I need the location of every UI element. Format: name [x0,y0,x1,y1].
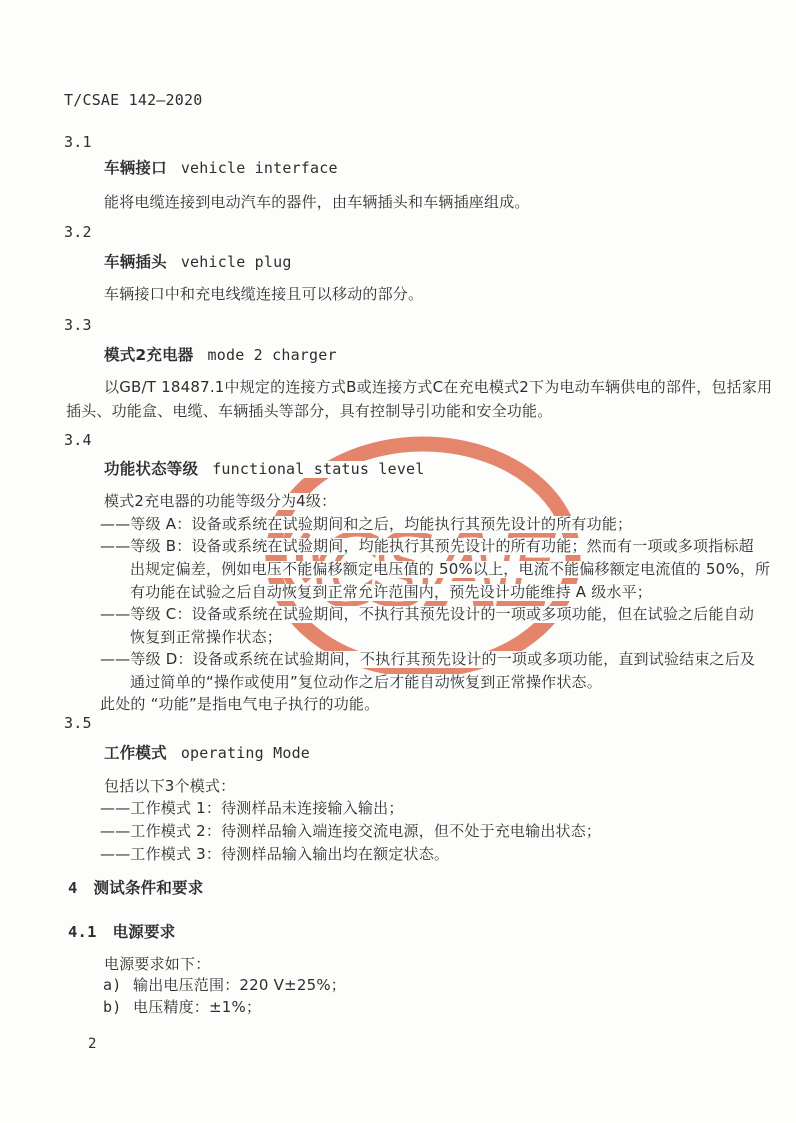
level-c-line2: 恢复到正常操作状态； [130,629,282,646]
definition-3-3-line2: 插头、功能盒、电缆、车辆插头等部分，具有控制导引功能和安全功能。 [66,403,552,420]
definition-3-3-line1: 以GB/T 18487.1中规定的连接方式B或连接方式C在充电模式2下为电动车辆… [104,379,772,396]
section-4-title: 测试条件和要求 [94,879,204,897]
term-3-1: 车辆接口vehicle interface [104,160,338,177]
requirement-a-line: a)输出电压范围：220 V±25%； [103,977,346,994]
mode-1-line: ——工作模式 1：待测样品未连接输入输出； [100,800,404,817]
section-3-4-number: 3.4 [64,432,92,449]
levels-intro: 模式2充电器的功能等级分为4级： [104,493,336,510]
mode-3-line: ——工作模式 3：待测样品输入输出均在额定状态。 [100,846,449,863]
term-3-5-cn: 工作模式 [104,744,167,762]
section-3-3-number: 3.3 [64,317,92,334]
requirement-b-text: 电压精度：±1%； [133,998,261,1016]
requirement-a-text: 输出电压范围：220 V±25%； [133,976,346,994]
function-note: 此处的 “功能”是指电气电子执行的功能。 [100,696,379,713]
section-4-1-number: 4.1 [68,923,97,941]
level-b-line3: 有功能在试验之后自动恢复到正常允许范围内，预先设计功能维持 A 级水平； [130,584,652,601]
requirement-b-line: b)电压精度：±1%； [103,999,261,1016]
doc-header: T/CSAE 142—2020 [64,92,202,109]
term-3-5: 工作模式operating Mode [104,745,310,762]
section-4-heading: 4测试条件和要求 [68,880,203,897]
section-4-1-heading: 4.1电源要求 [68,924,175,941]
term-3-3: 模式2充电器mode 2 charger [104,347,337,364]
level-c-line1: ——等级 C：设备或系统在试验期间，不执行其预先设计的一项或多项功能，但在试验之… [100,606,754,623]
term-3-3-cn: 模式2充电器 [104,346,194,364]
term-3-2-en: vehicle plug [181,253,292,271]
level-a-line: ——等级 A：设备或系统在试验期间和之后，均能执行其预先设计的所有功能； [100,516,632,533]
term-3-4-en: functional status level [212,460,424,478]
definition-3-2: 车辆接口中和充电线缆连接且可以移动的部分。 [104,286,423,303]
page-number: 2 [88,1036,97,1053]
section-3-2-number: 3.2 [64,224,92,241]
term-3-1-cn: 车辆接口 [104,159,167,177]
section-4-number: 4 [68,879,78,897]
mode-2-line: ——工作模式 2：待测样品输入端连接交流电源，但不处于充电输出状态； [100,823,601,840]
requirement-a-label: a) [103,977,133,994]
term-3-1-en: vehicle interface [181,159,338,177]
level-d-line1: ——等级 D：设备或系统在试验期间，不执行其预先设计的一项或多项功能，直到试验结… [100,651,755,668]
document-page: CSAE T/CSAE 142—2020 3.1 车辆接口vehicle int… [0,0,796,1123]
section-3-5-number: 3.5 [64,715,92,732]
section-3-1-number: 3.1 [64,134,92,151]
term-3-2: 车辆插头vehicle plug [104,254,292,271]
term-3-2-cn: 车辆插头 [104,253,167,271]
term-3-4: 功能状态等级functional status level [104,461,425,478]
power-requirements-intro: 电源要求如下： [104,956,210,973]
requirement-b-label: b) [103,999,133,1016]
term-3-4-cn: 功能状态等级 [104,460,198,478]
definition-3-1: 能将电缆连接到电动汽车的器件，由车辆插头和车辆插座组成。 [104,194,530,211]
level-b-line1: ——等级 B：设备或系统在试验期间，均能执行其预先设计的所有功能；然而有一项或多… [100,538,754,555]
section-4-1-title: 电源要求 [113,923,176,941]
level-b-line2: 出规定偏差，例如电压不能偏移额定电压值的 50%以上，电流不能偏移额定电流值的 … [130,561,770,578]
modes-intro: 包括以下3个模式： [104,778,235,795]
level-d-line2: 通过简单的“操作或使用”复位动作之后才能自动恢复到正常操作状态。 [130,674,602,691]
term-3-5-en: operating Mode [181,744,310,762]
term-3-3-en: mode 2 charger [208,346,337,364]
